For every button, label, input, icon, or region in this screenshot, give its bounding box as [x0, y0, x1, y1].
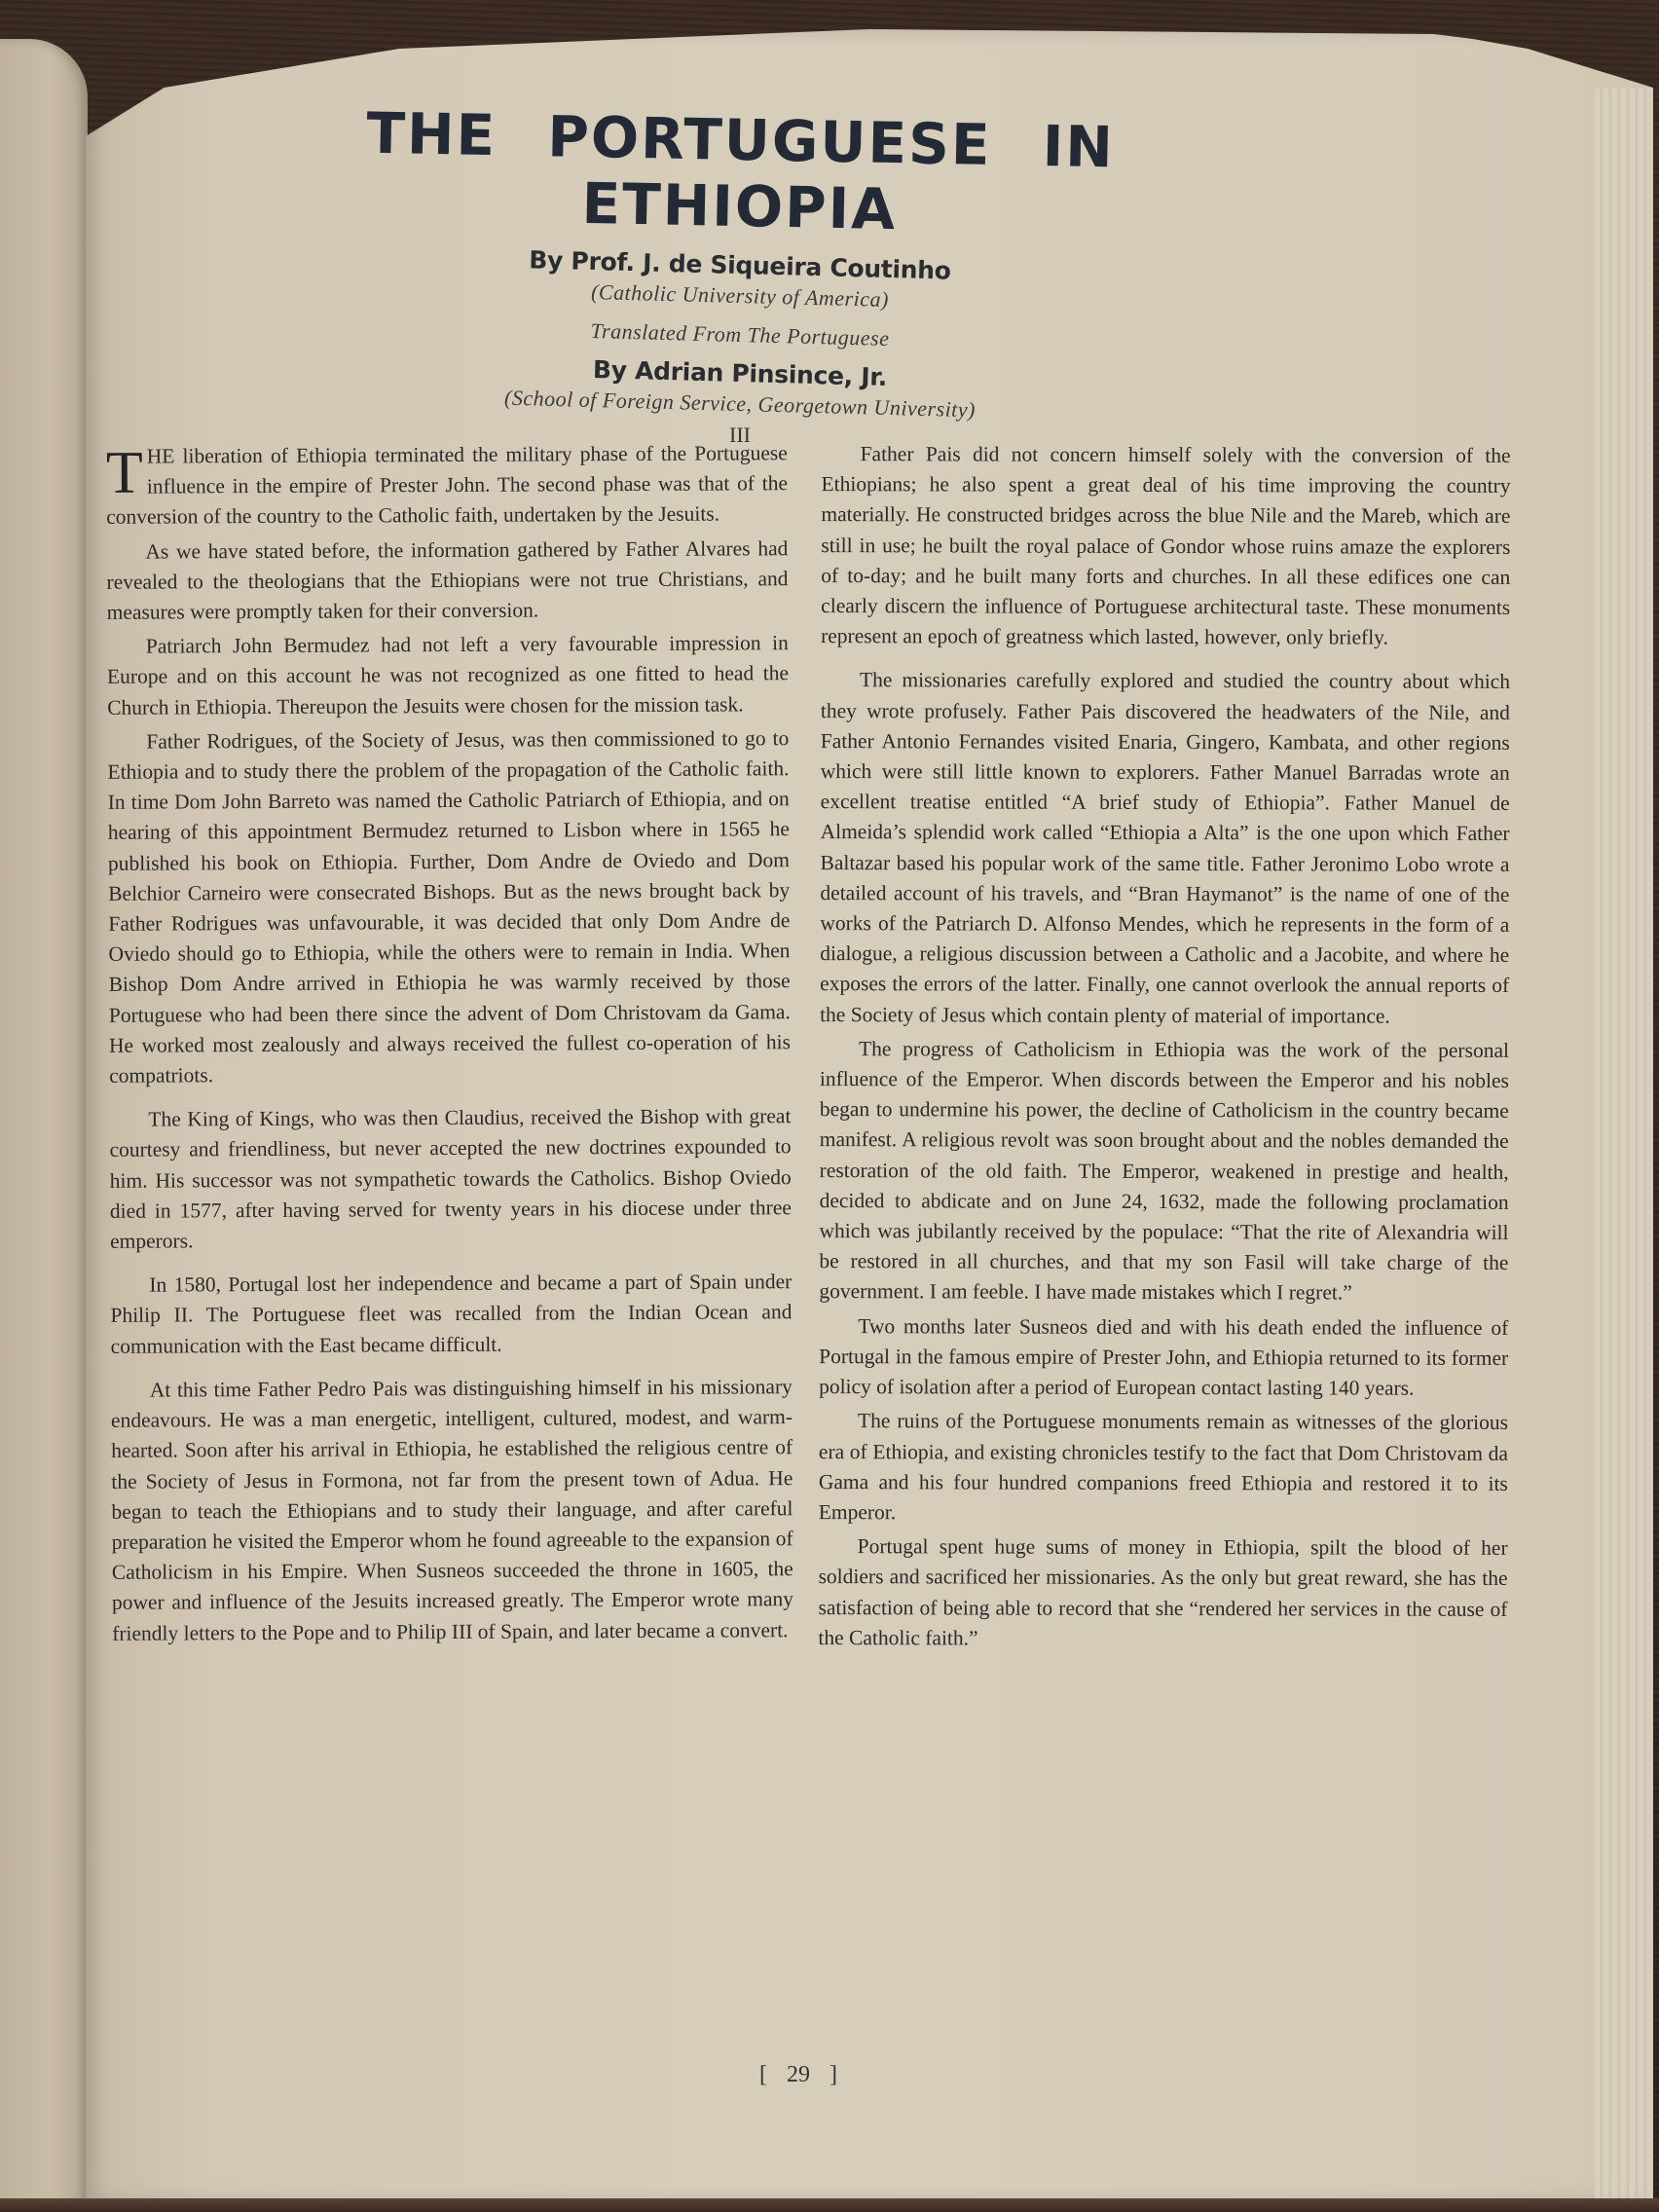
- paragraph: In 1580, Portugal lost her independence …: [110, 1267, 792, 1361]
- right-text-column: Father Pais did not concern himself sole…: [818, 439, 1510, 1659]
- table-edge-bottom: [0, 2198, 1659, 2212]
- paragraph: Two months later Susneos died and with h…: [819, 1311, 1508, 1404]
- paragraph-text: HE liberation of Ethiopia terminated the…: [106, 441, 788, 529]
- article-header: THE PORTUGUESE IN ETHIOPIA By Prof. J. d…: [195, 107, 1285, 448]
- paragraph: At this time Father Pedro Pais was disti…: [111, 1372, 793, 1648]
- paragraph: The progress of Catholicism in Ethiopia …: [819, 1034, 1509, 1309]
- paragraph: THE liberation of Ethiopia terminated th…: [106, 438, 788, 533]
- facing-page-edge: [0, 39, 88, 2212]
- paragraph: Father Pais did not concern himself sole…: [821, 439, 1511, 653]
- paragraph: Portugal spent huge sums of money in Eth…: [818, 1531, 1507, 1655]
- paragraph: The King of Kings, who was then Claudius…: [109, 1101, 792, 1257]
- paragraph: Patriarch John Bermudez had not left a v…: [107, 628, 789, 722]
- paragraph: Father Rodrigues, of the Society of Jesu…: [107, 723, 791, 1091]
- paragraph: The ruins of the Portuguese monuments re…: [819, 1406, 1508, 1530]
- paragraph: As we have stated before, the informatio…: [106, 534, 788, 628]
- left-text-column: THE liberation of Ethiopia terminated th…: [106, 438, 794, 1652]
- page-stack-edges: [1595, 88, 1653, 2202]
- drop-cap: T: [106, 448, 143, 498]
- paragraph: The missionaries carefully explored and …: [820, 665, 1510, 1031]
- page-number: [ 29 ]: [759, 2062, 837, 2088]
- article-title: THE PORTUGUESE IN ETHIOPIA: [194, 96, 1286, 249]
